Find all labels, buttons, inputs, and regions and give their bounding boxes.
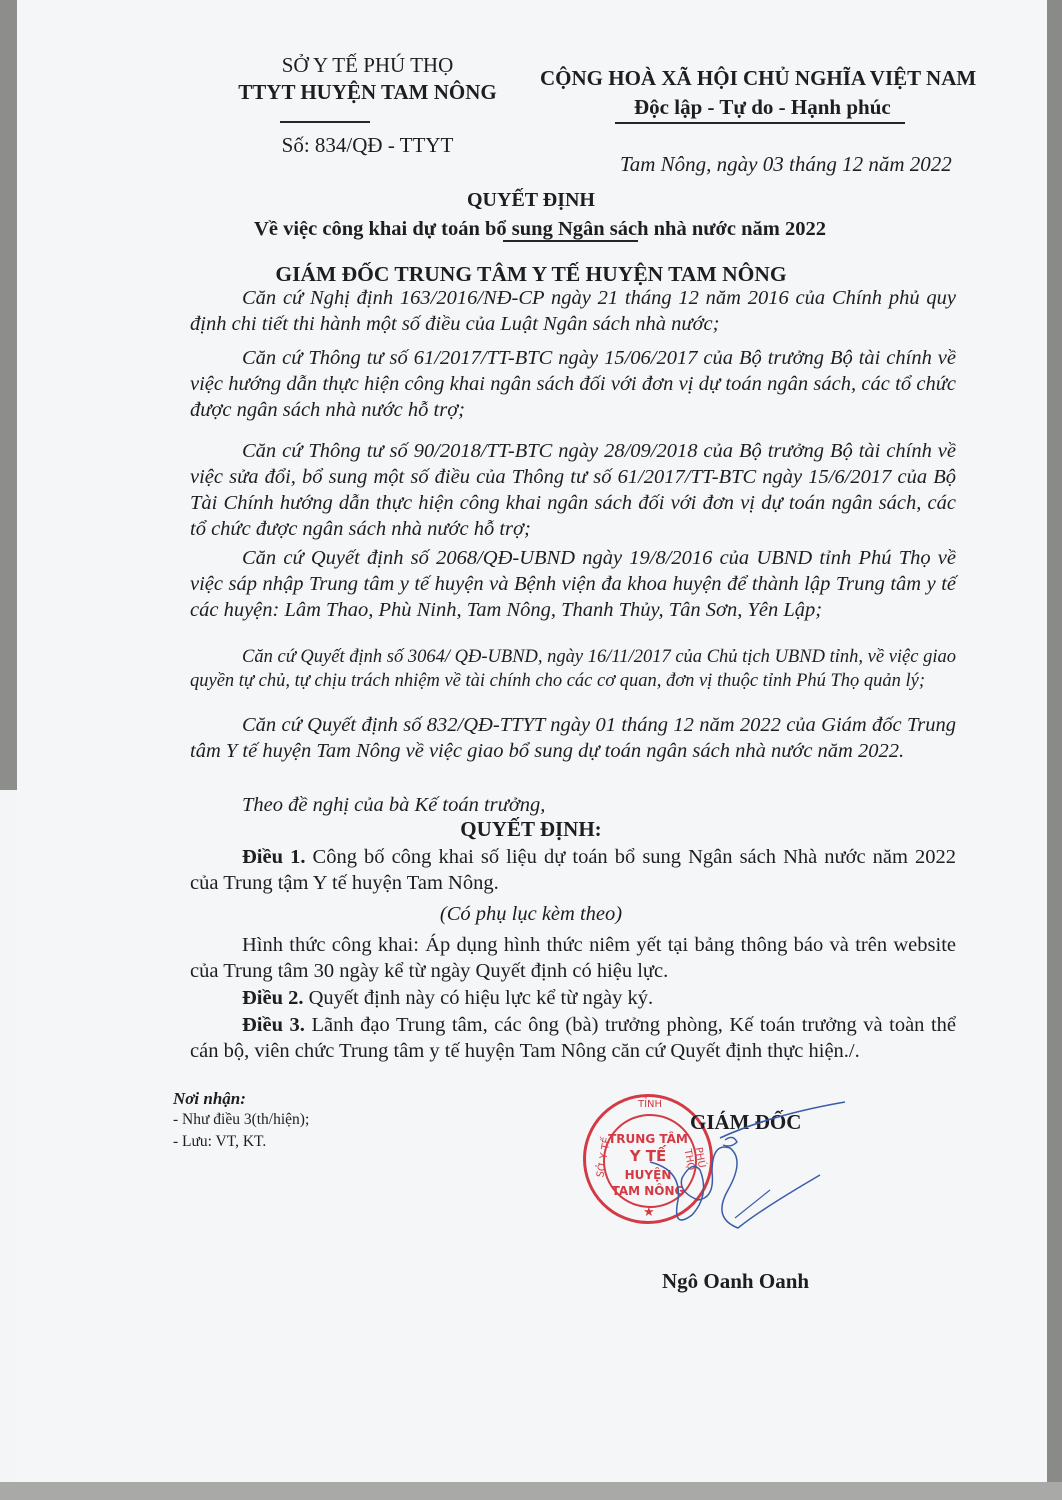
issuing-authority: GIÁM ĐỐC TRUNG TÂM Y TẾ HUYỆN TAM NÔNG xyxy=(0,262,1062,287)
unit-underline xyxy=(280,121,370,123)
recipient-item: - Như điều 3(th/hiện); xyxy=(173,1111,309,1129)
place-date: Tam Nông, ngày 03 tháng 12 năm 2022 xyxy=(620,152,952,177)
scan-edge-bottom xyxy=(0,1482,1062,1500)
article-1-label: Điều 1. xyxy=(242,846,305,868)
recipients-heading: Nơi nhận: xyxy=(173,1089,246,1109)
agency-name: SỞ Y TẾ PHÚ THỌ xyxy=(200,52,535,79)
appendix-note: (Có phụ lục kèm theo) xyxy=(0,903,1062,926)
signer-name: Ngô Oanh Oanh xyxy=(662,1269,809,1294)
legal-basis-5: Căn cứ Quyết định số 3064/ QĐ-UBND, ngày… xyxy=(190,645,956,693)
legal-basis-2: Căn cứ Thông tư số 61/2017/TT-BTC ngày 1… xyxy=(190,345,956,423)
decision-heading: QUYẾT ĐỊNH: xyxy=(0,817,1062,842)
article-1: Điều 1. Công bố công khai số liệu dự toá… xyxy=(190,844,956,896)
document-type: QUYẾT ĐỊNH xyxy=(0,189,1062,212)
national-motto: Độc lập - Tự do - Hạnh phúc xyxy=(634,95,891,120)
legal-basis-1: Căn cứ Nghị định 163/2016/NĐ-CP ngày 21 … xyxy=(190,285,956,337)
document-number: Số: 834/QĐ - TTYT xyxy=(200,132,535,159)
subject-underline xyxy=(503,240,638,242)
article-3-text: Lãnh đạo Trung tâm, các ông (bà) trưởng … xyxy=(190,1014,956,1062)
motto-underline xyxy=(615,122,905,124)
legal-basis-3: Căn cứ Thông tư số 90/2018/TT-BTC ngày 2… xyxy=(190,438,956,542)
handwritten-signature xyxy=(620,1100,860,1240)
unit-name: TTYT HUYỆN TAM NÔNG xyxy=(200,79,535,106)
disclosure-form: Hình thức công khai: Áp dụng hình thức n… xyxy=(190,932,956,984)
legal-basis-4: Căn cứ Quyết định số 2068/QĐ-UBND ngày 1… xyxy=(190,545,956,623)
scan-edge-left xyxy=(0,0,17,790)
proposal-line: Theo đề nghị của bà Kế toán trưởng, xyxy=(190,792,956,818)
article-3-label: Điều 3. xyxy=(242,1014,305,1036)
country-name: CỘNG HOÀ XÃ HỘI CHỦ NGHĨA VIỆT NAM xyxy=(540,66,976,91)
legal-basis-6: Căn cứ Quyết định số 832/QĐ-TTYT ngày 01… xyxy=(190,712,956,764)
recipient-item: - Lưu: VT, KT. xyxy=(173,1133,266,1151)
article-2-text: Quyết định này có hiệu lực kể từ ngày ký… xyxy=(309,987,653,1009)
article-1-text: Công bố công khai số liệu dự toán bổ sun… xyxy=(190,846,956,894)
document-subject: Về việc công khai dự toán bổ sung Ngân s… xyxy=(0,218,1062,241)
article-2: Điều 2. Quyết định này có hiệu lực kể từ… xyxy=(190,985,956,1011)
article-2-label: Điều 2. xyxy=(242,987,304,1009)
article-3: Điều 3. Lãnh đạo Trung tâm, các ông (bà)… xyxy=(190,1012,956,1064)
